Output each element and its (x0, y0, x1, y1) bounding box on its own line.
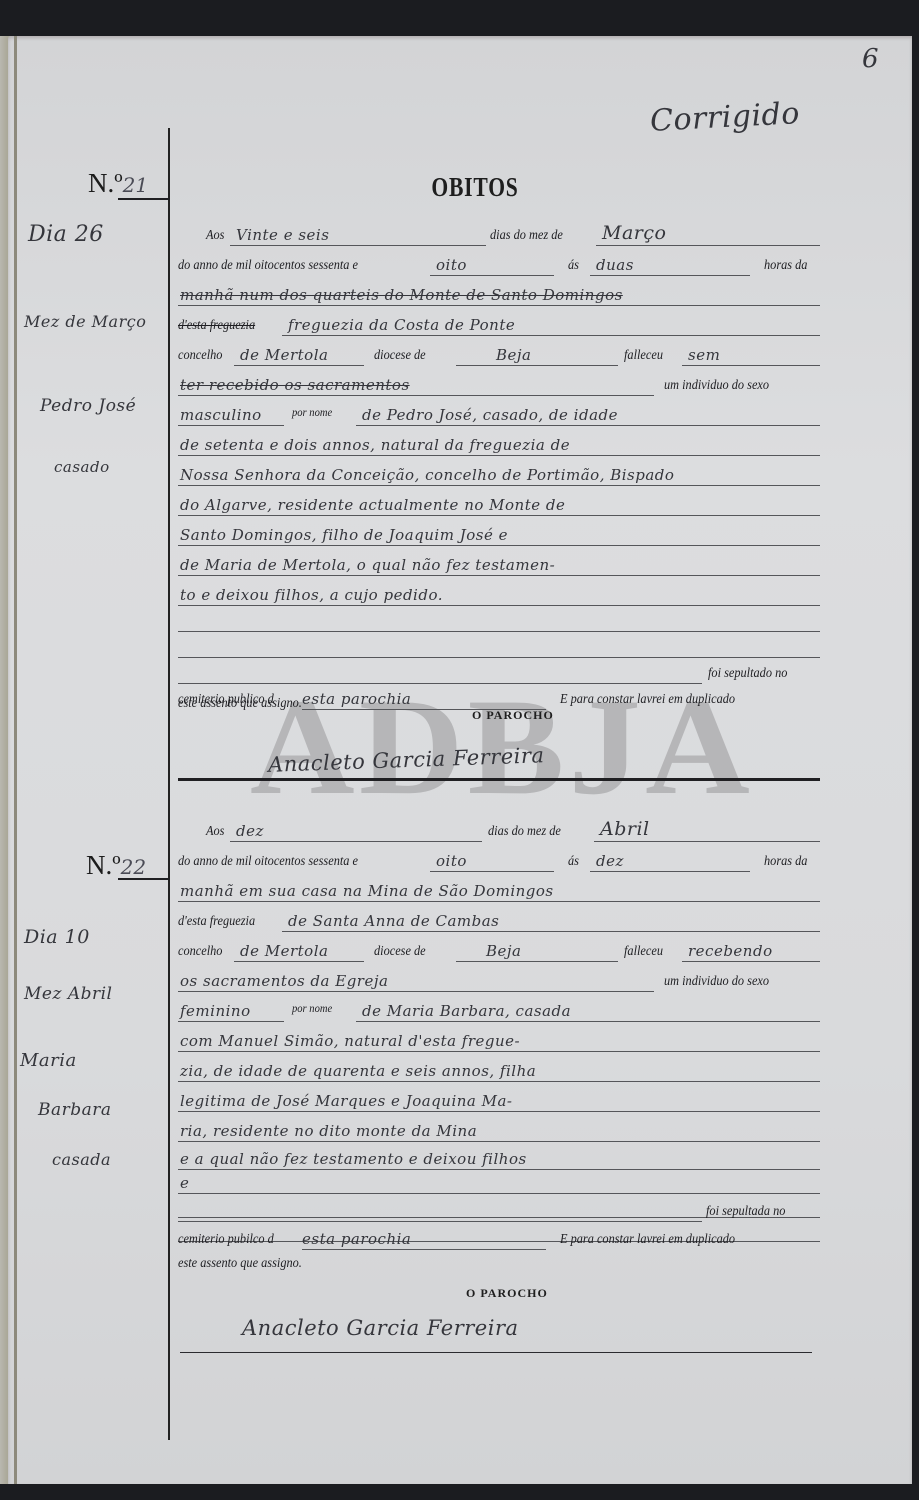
margin-day: Dia 26 (28, 222, 104, 247)
text-line: com Manuel Simão, natural d'esta fregue- (180, 1032, 520, 1050)
sacraments-value: os sacramentos da Egreja (180, 972, 388, 990)
field-falleceu: sem (682, 343, 820, 366)
entry-22-text-line: com Manuel Simão, natural d'esta fregue- (178, 1028, 820, 1052)
field-sexo: masculino (178, 403, 284, 426)
label-diocese: diocese de (374, 944, 426, 960)
text-line: e a qual não fez testamento e deixou fil… (180, 1150, 527, 1168)
page-gutter (14, 36, 17, 1484)
number-underline (118, 878, 170, 880)
entry-separator (178, 778, 820, 781)
margin-status: casado (54, 458, 110, 476)
parocho-label: O PAROCHO (466, 1286, 548, 1301)
number-label: N.º (86, 850, 121, 880)
entry-21-line-day: Aos Vinte e seis dias do mez de Março (178, 222, 820, 246)
margin-divider-line (168, 128, 170, 1440)
label-freguezia: d'esta freguezia (178, 318, 255, 334)
entry-22-text-line: e a qual não fez testamento e deixou fil… (178, 1146, 820, 1170)
text-line: ria, residente no dito monte da Mina (180, 1122, 477, 1140)
entry-end-rule (180, 1352, 812, 1353)
label-dias-do-mez: dias do mez de (488, 824, 561, 840)
label-freguezia: d'esta freguezia (178, 914, 255, 930)
entry-22-line-sepultado: foi sepultada no (178, 1198, 820, 1222)
field-freguezia: de Santa Anna de Cambas (282, 909, 820, 932)
entry-21-blank-line (178, 608, 820, 632)
page-title: OBITOS (415, 172, 535, 203)
label-aos: Aos (206, 824, 224, 840)
text-line: de setenta e dois annos, natural da freg… (180, 436, 570, 454)
label-individuo: um individuo do sexo (664, 974, 769, 990)
entry-21-line-sepultado: foi sepultado no (178, 660, 820, 684)
field-falleceu: recebendo (682, 939, 820, 962)
entry-21-text-line: Nossa Senhora da Conceição, concelho de … (178, 462, 820, 486)
label-para-constar: E para constar lavrei em duplicado (560, 1232, 735, 1248)
nome-value: de Maria Barbara, casada (362, 1002, 571, 1020)
entry-21-text-line: de setenta e dois annos, natural da freg… (178, 432, 820, 456)
label-por-nome: por nome (292, 1001, 332, 1016)
field-sacraments: ter recebido os sacramentos (178, 373, 654, 396)
number-underline (118, 198, 170, 200)
parocho-label: O PAROCHO (472, 708, 554, 723)
label-as: ás (568, 854, 579, 870)
text-line: legitima de José Marques e Joaquina Ma- (180, 1092, 512, 1110)
field-freguezia: freguezia da Costa de Ponte (282, 313, 820, 336)
label-horas-da: horas da (764, 258, 807, 274)
label-falleceu: falleceu (624, 944, 663, 960)
label-cemiterio: cemiterio pubilco d (178, 1232, 274, 1248)
entry-21-number: N.º21 (88, 168, 148, 199)
parocho-signature: Anacleto Garcia Ferreira (242, 1316, 519, 1340)
entry-21-blank-line (178, 634, 820, 658)
entry-22-line-year: do anno de mil oitocentos sessenta e oit… (178, 848, 820, 872)
text-line: do Algarve, residente actualmente no Mon… (180, 496, 565, 514)
entry-22-text-line: zia, de idade de quarenta e seis annos, … (178, 1058, 820, 1082)
year-value: oito (436, 256, 467, 274)
label-individuo: um individuo do sexo (664, 378, 769, 394)
freguezia-value: freguezia da Costa de Ponte (288, 316, 515, 334)
text-line: Santo Domingos, filho de Joaquim José e (180, 526, 508, 544)
field-hour: dez (590, 849, 750, 872)
field-sacraments: os sacramentos da Egreja (178, 969, 654, 992)
entry-22-line-day: Aos dez dias do mez de Abril (178, 818, 820, 842)
entry-22-text-line: e (178, 1170, 820, 1194)
cemiterio-value: esta parochia (302, 1230, 411, 1248)
margin-status: casada (52, 1150, 111, 1169)
sexo-value: feminino (180, 1002, 251, 1020)
concelho-value: de Mertola (240, 346, 328, 364)
sacraments-value: ter recebido os sacramentos (180, 376, 410, 394)
text-line: e (180, 1174, 189, 1192)
text-line: de Maria de Mertola, o qual não fez test… (180, 556, 555, 574)
cemiterio-value: esta parochia (302, 690, 411, 708)
field-year: oito (430, 849, 554, 872)
falleceu-value: sem (688, 346, 720, 364)
entry-number: 22 (121, 855, 146, 879)
text-line: Nossa Senhora da Conceição, concelho de … (180, 466, 674, 484)
margin-month: Mez de Março (24, 312, 146, 331)
field-diocese: Beja (456, 343, 618, 366)
label-dias-do-mez: dias do mez de (490, 228, 563, 244)
label-do-anno: do anno de mil oitocentos sessenta e (178, 854, 358, 870)
field-month: Março (596, 223, 820, 246)
entry-21-line-freguezia: d'esta freguezia freguezia da Costa de P… (178, 312, 820, 336)
label-diocese: diocese de (374, 348, 426, 364)
label-por-nome: por nome (292, 405, 332, 420)
margin-month: Mez Abril (24, 984, 113, 1004)
field-concelho: de Mertola (234, 939, 364, 962)
day-value: Vinte e seis (236, 226, 329, 244)
entry-21-line-year: do anno de mil oitocentos sessenta e oit… (178, 252, 820, 276)
label-para-constar: E para constar lavrei em duplicado (560, 692, 735, 708)
margin-name: Pedro José (40, 396, 136, 416)
text-line: zia, de idade de quarenta e seis annos, … (180, 1062, 536, 1080)
entry-22-line-concelho: concelho de Mertola diocese de Beja fall… (178, 938, 820, 962)
field-cemiterio: esta parochia (302, 1227, 546, 1250)
margin-surname: Barbara (38, 1100, 112, 1120)
sexo-value: masculino (180, 406, 262, 424)
label-aos: Aos (206, 228, 224, 244)
diocese-value: Beja (496, 346, 532, 364)
entry-21-text-line: Santo Domingos, filho de Joaquim José e (178, 522, 820, 546)
entry-22-line-nome: feminino por nome de Maria Barbara, casa… (178, 998, 820, 1022)
entry-22-line-period: manhã em sua casa na Mina de São Domingo… (178, 878, 820, 902)
nome-value: de Pedro José, casado, de idade (362, 406, 618, 424)
field-hour: duas (590, 253, 750, 276)
label-do-anno: do anno de mil oitocentos sessenta e (178, 258, 358, 274)
month-value: Abril (600, 819, 650, 840)
field-year: oito (430, 253, 554, 276)
freguezia-value: de Santa Anna de Cambas (288, 912, 499, 930)
entry-22-text-line: ria, residente no dito monte da Mina (178, 1118, 820, 1142)
entry-22-text-line: legitima de José Marques e Joaquina Ma- (178, 1088, 820, 1112)
field-month: Abril (594, 819, 820, 842)
label-este-assento: este assento que assigno. (178, 696, 302, 712)
number-label: N.º (88, 168, 123, 198)
label-concelho: concelho (178, 348, 222, 364)
page-number: 6 (862, 44, 879, 74)
field-cemiterio: esta parochia (302, 687, 546, 710)
falleceu-value: recebendo (688, 942, 773, 960)
label-este-assento: este assento que assigno. (178, 1256, 302, 1272)
margin-day: Dia 10 (24, 926, 90, 948)
entry-22-line-freguezia: d'esta freguezia de Santa Anna de Cambas (178, 908, 820, 932)
text-line: to e deixou filhos, a cujo pedido. (180, 586, 443, 604)
month-value: Março (602, 223, 666, 244)
label-falleceu: falleceu (624, 348, 663, 364)
field-period: manhã num dos quarteis do Monte de Santo… (178, 283, 820, 306)
concelho-value: de Mertola (240, 942, 328, 960)
entry-22-line-sacraments: os sacramentos da Egreja um individuo do… (178, 968, 820, 992)
field-concelho: de Mertola (234, 343, 364, 366)
diocese-value: Beja (486, 942, 522, 960)
field-nome: de Maria Barbara, casada (356, 999, 820, 1022)
label-foi-sepultada: foi sepultada no (706, 1204, 785, 1220)
entry-21-line-period: manhã num dos quarteis do Monte de Santo… (178, 282, 820, 306)
field-period: manhã em sua casa na Mina de São Domingo… (178, 879, 820, 902)
hour-value: dez (596, 852, 624, 870)
entry-21-text-line: to e deixou filhos, a cujo pedido. (178, 582, 820, 606)
hour-value: duas (596, 256, 634, 274)
label-as: ás (568, 258, 579, 274)
entry-22-line-cemiterio: cemiterio pubilco d esta parochia E para… (178, 1226, 820, 1250)
margin-name: Maria (20, 1050, 77, 1071)
field-diocese: Beja (456, 939, 618, 962)
year-value: oito (436, 852, 467, 870)
day-value: dez (236, 822, 264, 840)
field-day: dez (230, 819, 482, 842)
label-horas-da: horas da (764, 854, 807, 870)
field-sexo: feminino (178, 999, 284, 1022)
entry-21-line-sacraments: ter recebido os sacramentos um individuo… (178, 372, 820, 396)
entry-21-text-line: de Maria de Mertola, o qual não fez test… (178, 552, 820, 576)
entry-21-text-line: do Algarve, residente actualmente no Mon… (178, 492, 820, 516)
entry-number: 21 (123, 173, 148, 197)
period-value: manhã em sua casa na Mina de São Domingo… (180, 882, 554, 900)
label-foi-sepultado: foi sepultado no (708, 666, 787, 682)
field-nome: de Pedro José, casado, de idade (356, 403, 820, 426)
entry-21-line-nome: masculino por nome de Pedro José, casado… (178, 402, 820, 426)
entry-22-number: N.º22 (86, 850, 146, 881)
label-concelho: concelho (178, 944, 222, 960)
field-day: Vinte e seis (230, 223, 486, 246)
period-value: manhã num dos quarteis do Monte de Santo… (180, 286, 623, 304)
entry-21-line-concelho: concelho de Mertola diocese de Beja fall… (178, 342, 820, 366)
